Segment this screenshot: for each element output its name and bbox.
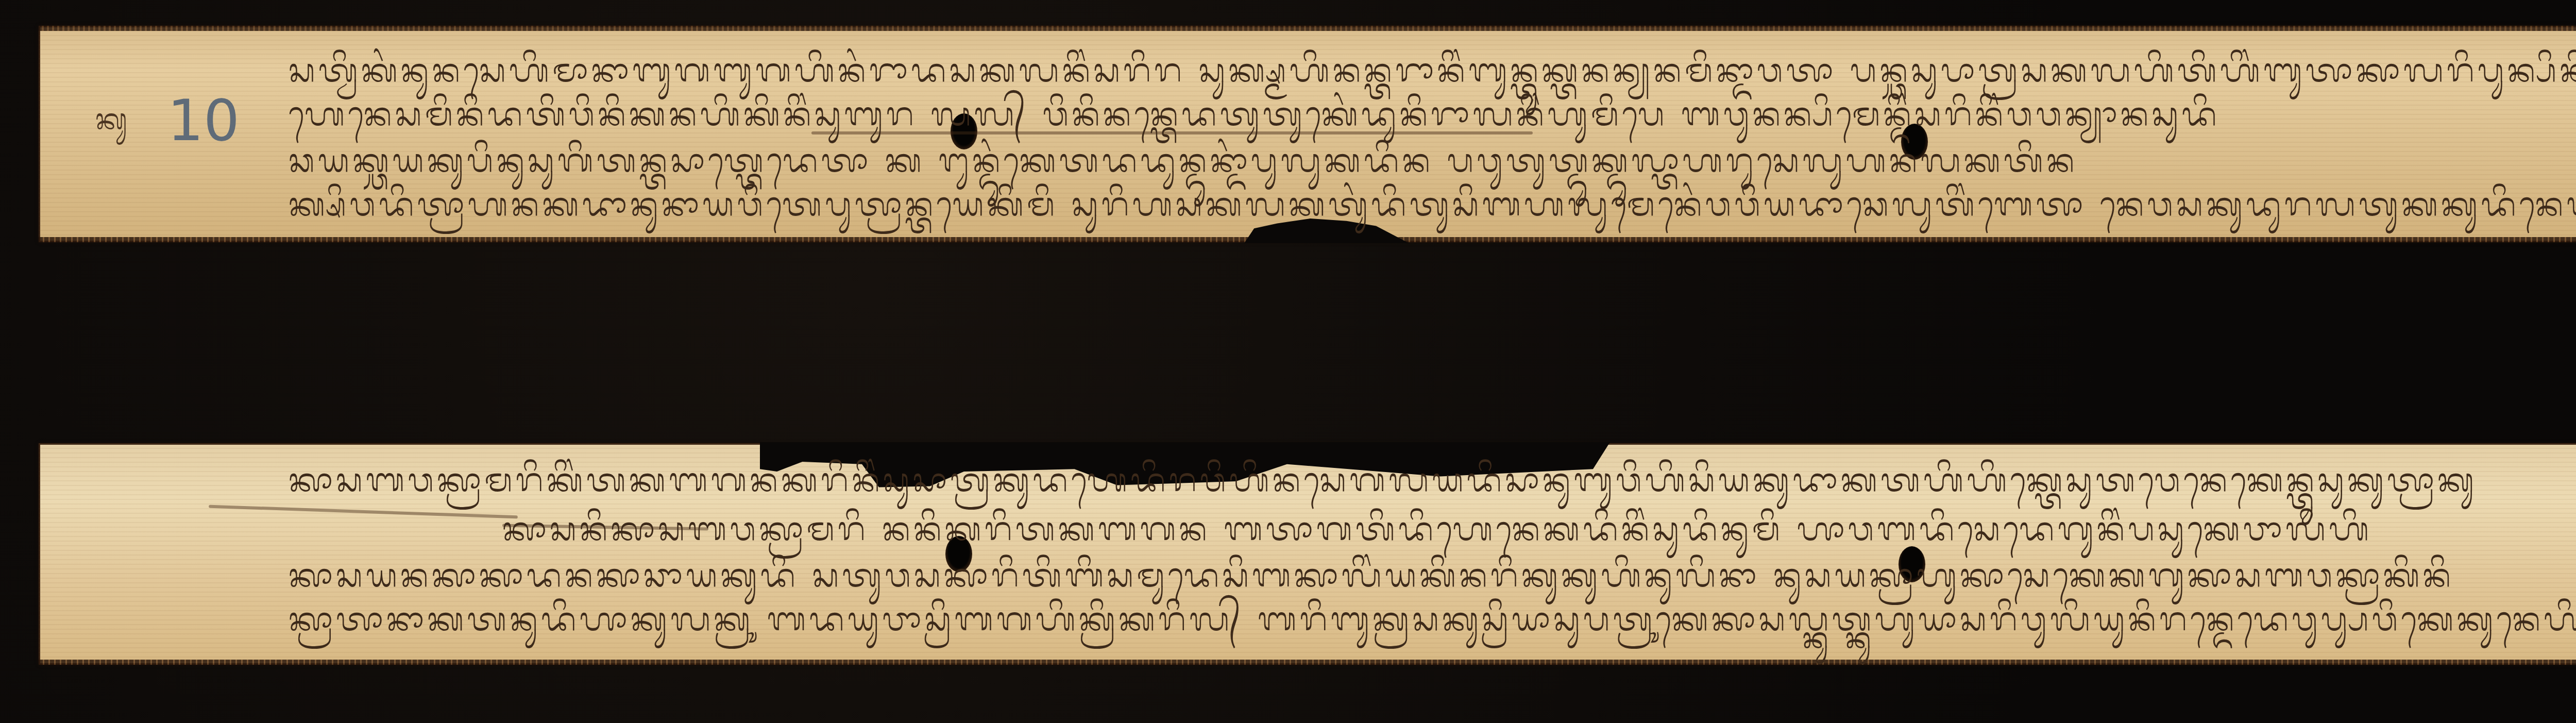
text-line-4: ᬓ᭄ᬱᬶᬯᬤᬶᬢ᭄ᬭᬵᬳᬦᬓᬤᬵᬦᬸᬦᬵᬬᬯᬶᬢᬾᬧᬸᬢ᭄ᬭᬵᬦ᭄ᬢᬬᬾᬓᬶᬫᬶ… <box>289 188 2576 221</box>
text-line-1: ᬲᬢ᭄ᬯᬶᬓᬂᬦᬸᬦᬲᬾᬳᬶᬫᬵᬦᬵᬩᬸᬕᬩᬸᬕᬳᬶᬦᬂᬭᬵᬤᬲᬓᬮᬦᬶᬂᬲᬭᬶ… <box>289 54 2576 87</box>
foliation-mark: ᬓᬸ <box>95 98 127 150</box>
text-line-2: ᬓᬵᬲᬦᬶᬓᬵᬲᬩᬯᬓ᭄ᬭᬵᬫᬭᬶ ᬦᬦᬶᬓᬭᬶᬢᬓᬩᬕᬦ ᬩᬢᬵᬕᬢᬶᬤᬶᬳᬾ… <box>502 513 2372 546</box>
burnt-edge-top <box>39 26 2576 31</box>
page-number-pencil: 10 <box>167 88 240 154</box>
burnt-edge-bottom <box>39 660 2576 665</box>
scratch-mark <box>209 505 518 519</box>
text-line-1: ᬓᬵᬲᬩᬯᬓ᭄ᬭᬵᬫᬭᬶᬓᬶᬂᬢᬓᬩᬕᬦᬓᬭᬶᬦᬶᬂᬲᬸᬲᬵᬢ᭄ᬭᬓᬸᬤᬳᬾᬤᬶ… <box>289 464 2477 497</box>
text-line-2: ᬳᬾᬦᬾᬲᬫᬶᬦᬶᬤᬢᬶᬯᬶᬦᬶᬓᬦᬳᬶᬓᬶᬦᬶᬂᬲᬸᬩᬸᬭ ᬮᬮ᭄ ᬯᬶᬦᬶᬦ… <box>289 98 2220 131</box>
palm-leaf-lower: ᬓᬵᬲᬩᬯᬓ᭄ᬭᬵᬫᬭᬶᬓᬶᬂᬢᬓᬩᬕᬦᬓᬭᬶᬦᬶᬂᬲᬸᬲᬵᬢ᭄ᬭᬓᬸᬤᬳᬾᬤᬶ… <box>39 443 2576 665</box>
text-line-3: ᬘᬬᬓ᭄ᬘᬬᬓᬸᬧᬶᬦᬸᬲᬸᬕᬶᬢᬦ᭄ᬢᬲᬵᬢ᭄ᬢᬾᬤᬾᬢᬵ ᬓ ᬗᬸᬦ᭄ᬤᬸᬂ… <box>289 144 2078 177</box>
text-line-4: ᬓ᭄ᬭᬵᬢᬵᬦᬵᬓᬢᬦᬸᬤᬶᬳᬵᬓᬸᬮᬓ᭄ᬭᬸ ᬩᬤᬬᬸᬯᬵᬲ᭄ᬭᬶᬩᬕᬳᬶᬓ᭄… <box>289 603 2576 636</box>
text-line-3: ᬓᬵᬲᬬᬦᬓᬵᬓᬵᬤᬦᬓᬵᬘᬵᬬᬓᬸᬤᬶ ᬲᬢᬸᬯᬲᬓᬵᬭᬶᬢᬶᬩᬶᬲᬫᬸᬤᬾᬲ… <box>289 559 2454 592</box>
palm-leaf-upper: ᬓᬸ 10 ᬲᬢ᭄ᬯᬶᬓᬂᬦᬸᬦᬲᬾᬳᬶᬫᬵᬦᬵᬩᬸᬕᬩᬸᬕᬳᬶᬦᬂᬭᬵᬤᬲᬓᬮ… <box>39 26 2576 242</box>
